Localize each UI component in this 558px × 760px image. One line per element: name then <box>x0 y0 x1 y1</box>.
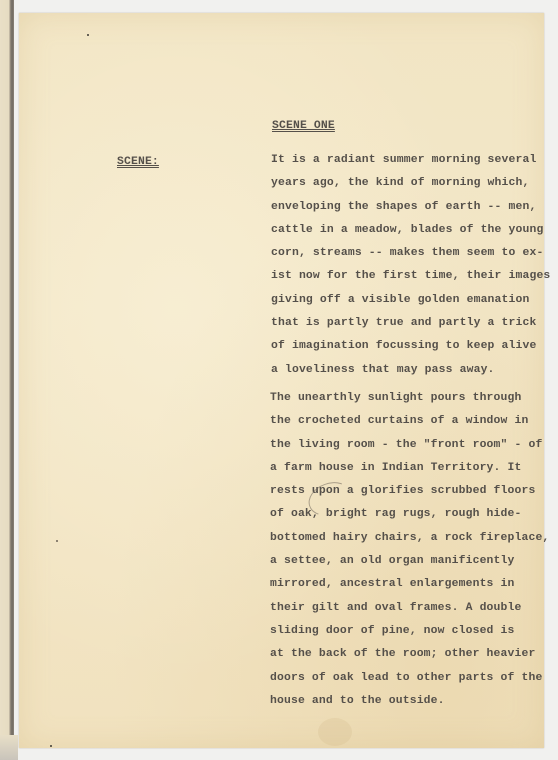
ink-speck <box>87 34 89 36</box>
text-line: sliding door of pine, now closed is <box>270 620 549 643</box>
text-line: ist now for the first time, their images <box>271 265 550 288</box>
text-line: It is a radiant summer morning several <box>271 149 550 172</box>
text-line: mirrored, ancestral enlargements in <box>270 573 549 596</box>
text-line: enveloping the shapes of earth -- men, <box>271 196 550 219</box>
paragraph-room-description: The unearthly sunlight pours through the… <box>270 387 549 713</box>
text-line: years ago, the kind of morning which, <box>271 172 550 195</box>
text-line: their gilt and oval frames. A double <box>270 597 549 620</box>
text-line: at the back of the room; other heavier <box>270 643 549 666</box>
underlying-page-corner <box>0 735 18 760</box>
ink-speck <box>50 745 52 747</box>
text-line: doors of oak lead to other parts of the <box>270 667 549 690</box>
text-line: corn, streams -- makes them seem to ex- <box>271 242 550 265</box>
text-line: that is partly true and partly a trick <box>271 312 550 335</box>
text-line: a settee, an old organ manificently <box>270 550 549 573</box>
text-line: of imagination focussing to keep alive <box>271 335 550 358</box>
text-line: bottomed hairy chairs, a rock fireplace, <box>270 527 549 550</box>
text-line: the crocheted curtains of a window in <box>270 410 549 433</box>
text-line: cattle in a meadow, blades of the young <box>271 219 550 242</box>
text-line: giving off a visible golden emanation <box>271 289 550 312</box>
ink-speck <box>56 540 58 542</box>
scene-label: SCENE: <box>117 156 159 168</box>
text-line: house and to the outside. <box>270 690 549 713</box>
text-line: a farm house in Indian Territory. It <box>270 457 549 480</box>
text-line: the living room - the "front room" - of <box>270 434 549 457</box>
paper-stain <box>318 718 352 746</box>
text-line: The unearthly sunlight pours through <box>270 387 549 410</box>
paragraph-scene-description: It is a radiant summer morning several y… <box>271 149 550 382</box>
text-line: a loveliness that may pass away. <box>271 359 550 382</box>
underlying-page-edge <box>0 0 14 760</box>
page-title: SCENE ONE <box>272 120 335 132</box>
